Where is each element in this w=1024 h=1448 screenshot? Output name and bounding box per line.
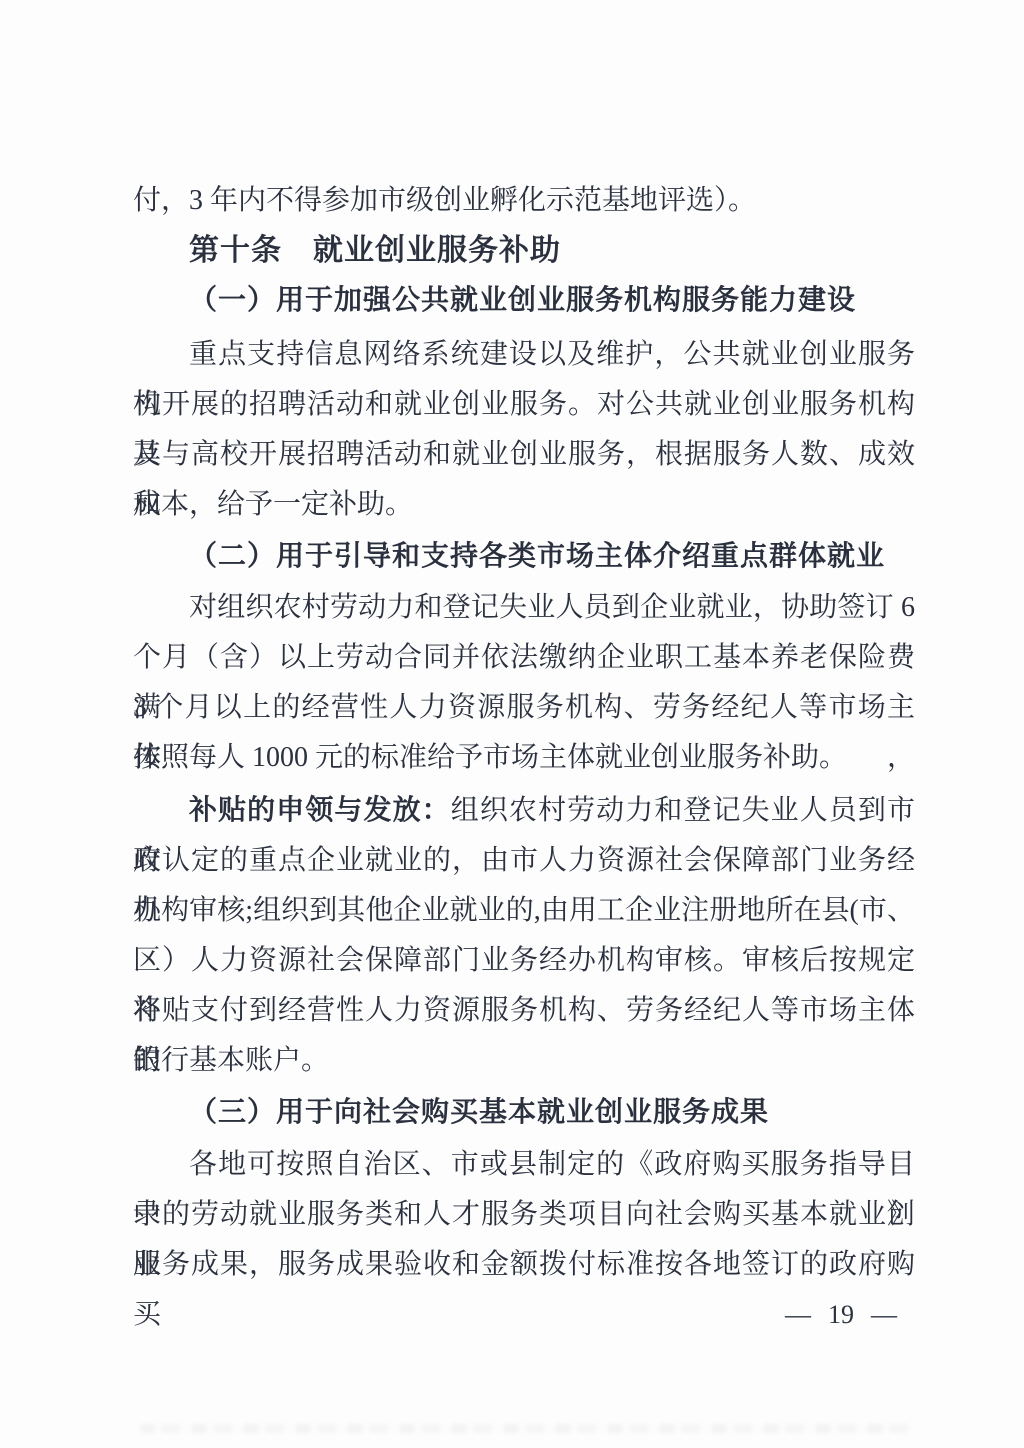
article-heading: 第十条 就业创业服务补助 [133,226,915,276]
body-line: 重点支持信息网络系统建设以及维护，公共就业创业服务机 [133,330,915,380]
scan-artifact [140,1424,910,1433]
body-line: 补贴支付到经营性人力资源服务机构、劳务经纪人等市场主体的 [133,986,915,1036]
body-line: 各地可按照自治区、市或县制定的《政府购买服务指导目录》 [133,1140,915,1190]
page-number-dash: — [871,1300,897,1330]
section-one-paragraph: 重点支持信息网络系统建设以及维护，公共就业创业服务机 构开展的招聘活动和就业创业… [133,330,915,530]
body-line: 对组织农村劳动力和登记失业人员到企业就业，协助签订 6 [133,583,915,633]
section-two-paragraph: 对组织农村劳动力和登记失业人员到企业就业，协助签订 6 个月（含）以上劳动合同并… [133,583,915,783]
body-line: 3 个月以上的经营性人力资源服务机构、劳务经纪人等市场主体， [133,683,915,733]
page-footer: — 19 — [785,1300,897,1330]
page-number: 19 [828,1300,854,1330]
body-line: 服务成果，服务成果验收和金额拨付标准按各地签订的政府购买 [133,1240,915,1290]
section-three-heading: （三）用于向社会购买基本就业创业服务成果 [133,1088,915,1138]
body-line: 银行基本账户。 [133,1036,915,1086]
body-line: 其与高校开展招聘活动和就业创业服务，根据服务人数、成效和 [133,430,915,480]
body-line: 区）人力资源社会保障部门业务经办机构审核。审核后按规定将 [133,936,915,986]
section-two-heading: （二）用于引导和支持各类市场主体介绍重点群体就业 [133,532,915,582]
claim-paragraph: 补贴的申领与发放：组织农村劳动力和登记失业人员到市政 府认定的重点企业就业的，由… [133,786,915,1086]
body-line: 按照每人 1000 元的标准给予市场主体就业创业服务补助。 [133,733,915,783]
section-three-paragraph: 各地可按照自治区、市或县制定的《政府购买服务指导目录》 中的劳动就业服务类和人才… [133,1140,915,1290]
section-one-heading: （一）用于加强公共就业创业服务机构服务能力建设 [133,276,915,326]
page-number-dash: — [785,1300,811,1330]
body-line: 府认定的重点企业就业的，由市人力资源社会保障部门业务经办 [133,836,915,886]
body-line: 中的劳动就业服务类和人才服务类项目向社会购买基本就业创业 [133,1190,915,1240]
document-page: 付，3 年内不得参加市级创业孵化示范基地评选）。 第十条 就业创业服务补助 （一… [0,0,1024,1448]
continuation-line: 付，3 年内不得参加市级创业孵化示范基地评选）。 [133,176,915,226]
body-line: 机构审核;组织到其他企业就业的,由用工企业注册地所在县(市、 [133,886,915,936]
bold-lead: 补贴的申领与发放： [189,795,451,826]
body-line: 成本，给予一定补助。 [133,480,915,530]
body-line: 补贴的申领与发放：组织农村劳动力和登记失业人员到市政 [133,786,915,836]
body-line: 个月（含）以上劳动合同并依法缴纳企业职工基本养老保险费满 [133,633,915,683]
body-line: 构开展的招聘活动和就业创业服务。对公共就业创业服务机构及 [133,380,915,430]
